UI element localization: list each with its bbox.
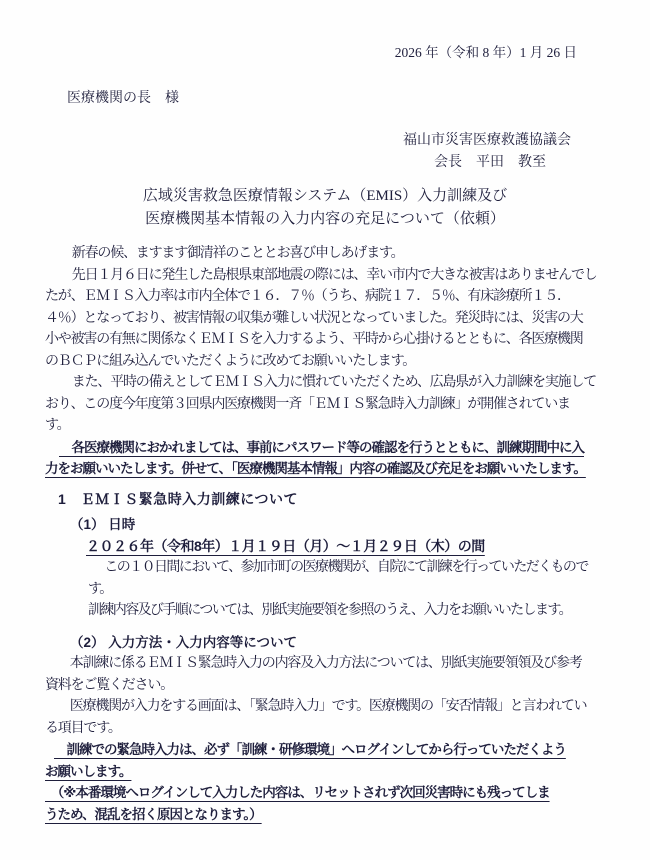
section-1-heading: 1 ＥＭＩＳ緊急時入力訓練について: [58, 489, 605, 511]
training-period-line: ２０２６年（令和8年）１月１９日（月）～１月２９日（木）の間: [86, 536, 605, 558]
prefecture-training-paragraph: また、平時の備えとしてＥＭＩＳ入力に慣れていただくため、広島県が入力訓練を実施し…: [45, 372, 605, 437]
subsection-2-heading: （2） 入力方法・入力内容等について: [70, 632, 605, 654]
production-environment-warning: （※本番環境へログインして入力した内容は、リセットされず次回災害時にも残ってしま…: [45, 782, 605, 825]
greeting-paragraph: 新春の候、ますます御清祥のこととお喜び申しあげます。: [45, 243, 605, 265]
sender-person: 会長 平田 教至: [45, 152, 605, 174]
document-title-line-2: 医療機関基本情報の入力内容の充足について（依頼）: [45, 208, 605, 231]
subsection-1-heading: （1） 日時: [70, 514, 605, 536]
sender-organization: 福山市災害医療救護協議会: [45, 130, 605, 152]
training-environment-note: 訓練での緊急時入力は、必ず「訓練・研修環境」へログインしてから行っていただくよう…: [45, 739, 605, 782]
document-title: 広域災害救急医療情報システム（EMIS）入力訓練及び 医療機関基本情報の入力内容…: [45, 185, 605, 231]
request-emphasis-paragraph: 各医療機関におかれましては、事前にパスワード等の確認を行うとともに、訓練期間中に…: [45, 437, 605, 480]
sender-block: 福山市災害医療救護協議会 会長 平田 教至: [45, 130, 605, 173]
input-method-paragraph: 本訓練に係るＥＭＩＳ緊急時入力の内容及入力方法については、別紙実施要領領及び参考…: [45, 653, 605, 696]
training-period-description: この１０日間において、参加市町の医療機関が、自院にて訓練を行っていただくものです…: [88, 557, 605, 622]
recipient-line: 医療機関の長 様: [67, 88, 605, 110]
input-screen-paragraph: 医療機関が入力をする画面は、「緊急時入力」です。医療機関の「安否情報」と言われて…: [45, 696, 605, 739]
earthquake-report-paragraph: 先日１月６日に発生した島根県東部地震の際には、幸い市内で大きな被害はありませんで…: [45, 265, 605, 373]
document-date: 2026 年（令和 8 年）1 月 26 日: [45, 42, 605, 64]
letter-document: 2026 年（令和 8 年）1 月 26 日 医療機関の長 様 福山市災害医療救…: [0, 0, 650, 860]
document-title-line-1: 広域災害救急医療情報システム（EMIS）入力訓練及び: [45, 185, 605, 208]
